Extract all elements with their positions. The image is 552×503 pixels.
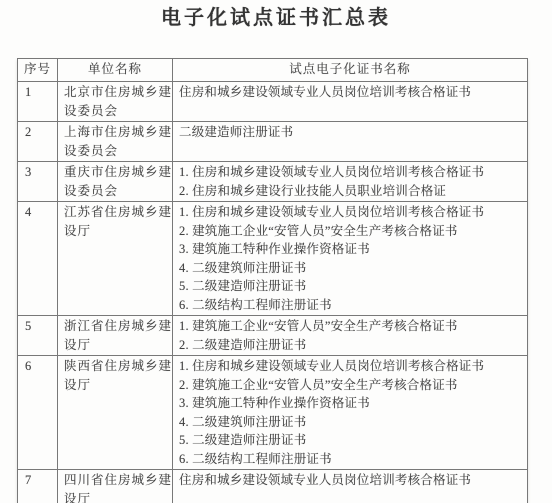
table-row: 4 江苏省住房城乡建设厅 1. 住房和城乡建设领域专业人员岗位培训考核合格证书2… [18,202,528,316]
row-serial-number: 5 [18,316,58,356]
row-unit-name: 四川省住房城乡建设厅 [58,470,173,503]
certificate-line: 4. 二级建筑师注册证书 [179,259,523,278]
page-title: 电子化试点证书汇总表 [0,0,552,31]
row-certificate-list: 1. 住房和城乡建设领域专业人员岗位培训考核合格证书2. 住房和城乡建设行业技能… [173,162,528,202]
row-certificate-list: 1. 住房和城乡建设领域专业人员岗位培训考核合格证书2. 建筑施工企业“安管人员… [173,202,528,316]
row-certificate-list: 住房和城乡建设领域专业人员岗位培训考核合格证书 [173,82,528,122]
column-header-certificate-name: 试点电子化证书名称 [173,59,528,82]
row-serial-number: 7 [18,470,58,503]
row-unit-name: 江苏省住房城乡建设厅 [58,202,173,316]
certificate-line: 2. 建筑施工企业“安管人员”安全生产考核合格证书 [179,376,523,395]
row-certificate-list: 住房和城乡建设领域专业人员岗位培训考核合格证书 [173,470,528,503]
certificate-line: 2. 建筑施工企业“安管人员”安全生产考核合格证书 [179,222,523,241]
row-unit-name: 上海市住房城乡建设委员会 [58,122,173,162]
certificate-line: 2. 二级建造师注册证书 [179,336,523,355]
row-unit-name: 北京市住房城乡建设委员会 [58,82,173,122]
row-serial-number: 1 [18,82,58,122]
certificate-line: 1. 住房和城乡建设领域专业人员岗位培训考核合格证书 [179,357,523,376]
row-unit-name: 陕西省住房城乡建设厅 [58,356,173,470]
certificate-line: 6. 二级结构工程师注册证书 [179,296,523,315]
certificate-line: 1. 住房和城乡建设领域专业人员岗位培训考核合格证书 [179,163,523,182]
row-certificate-list: 1. 建筑施工企业“安管人员”安全生产考核合格证书2. 二级建造师注册证书 [173,316,528,356]
row-serial-number: 2 [18,122,58,162]
table-row: 1 北京市住房城乡建设委员会 住房和城乡建设领域专业人员岗位培训考核合格证书 [18,82,528,122]
certificate-line: 6. 二级结构工程师注册证书 [179,450,523,469]
table-row: 6 陕西省住房城乡建设厅 1. 住房和城乡建设领域专业人员岗位培训考核合格证书2… [18,356,528,470]
row-unit-name: 重庆市住房城乡建设委员会 [58,162,173,202]
column-header-serial-number: 序号 [18,59,58,82]
certificate-line: 1. 住房和城乡建设领域专业人员岗位培训考核合格证书 [179,203,523,222]
certificate-line: 二级建造师注册证书 [179,123,523,142]
certificate-line: 住房和城乡建设领域专业人员岗位培训考核合格证书 [179,471,523,490]
table-row: 7 四川省住房城乡建设厅 住房和城乡建设领域专业人员岗位培训考核合格证书 [18,470,528,503]
summary-table: 序号 单位名称 试点电子化证书名称 1 北京市住房城乡建设委员会 住房和城乡建设… [17,58,528,503]
row-serial-number: 3 [18,162,58,202]
table-row: 3 重庆市住房城乡建设委员会 1. 住房和城乡建设领域专业人员岗位培训考核合格证… [18,162,528,202]
table-row: 2 上海市住房城乡建设委员会 二级建造师注册证书 [18,122,528,162]
row-serial-number: 4 [18,202,58,316]
table-header-row: 序号 单位名称 试点电子化证书名称 [18,59,528,82]
column-header-unit-name: 单位名称 [58,59,173,82]
row-certificate-list: 1. 住房和城乡建设领域专业人员岗位培训考核合格证书2. 建筑施工企业“安管人员… [173,356,528,470]
table-row: 5 浙江省住房城乡建设厅 1. 建筑施工企业“安管人员”安全生产考核合格证书2.… [18,316,528,356]
certificate-line: 5. 二级建造师注册证书 [179,431,523,450]
certificate-line: 2. 住房和城乡建设行业技能人员职业培训合格证 [179,182,523,201]
scanned-document-page: 电子化试点证书汇总表 序号 单位名称 试点电子化证书名称 1 北京市住房城乡建设… [0,0,552,503]
row-unit-name: 浙江省住房城乡建设厅 [58,316,173,356]
certificate-line: 5. 二级建造师注册证书 [179,277,523,296]
certificate-line: 1. 建筑施工企业“安管人员”安全生产考核合格证书 [179,317,523,336]
certificate-line: 3. 建筑施工特种作业操作资格证书 [179,240,523,259]
row-certificate-list: 二级建造师注册证书 [173,122,528,162]
certificate-line: 4. 二级建筑师注册证书 [179,413,523,432]
certificate-line: 住房和城乡建设领域专业人员岗位培训考核合格证书 [179,83,523,102]
row-serial-number: 6 [18,356,58,470]
certificate-line: 3. 建筑施工特种作业操作资格证书 [179,394,523,413]
table-body: 1 北京市住房城乡建设委员会 住房和城乡建设领域专业人员岗位培训考核合格证书 2… [18,82,528,503]
